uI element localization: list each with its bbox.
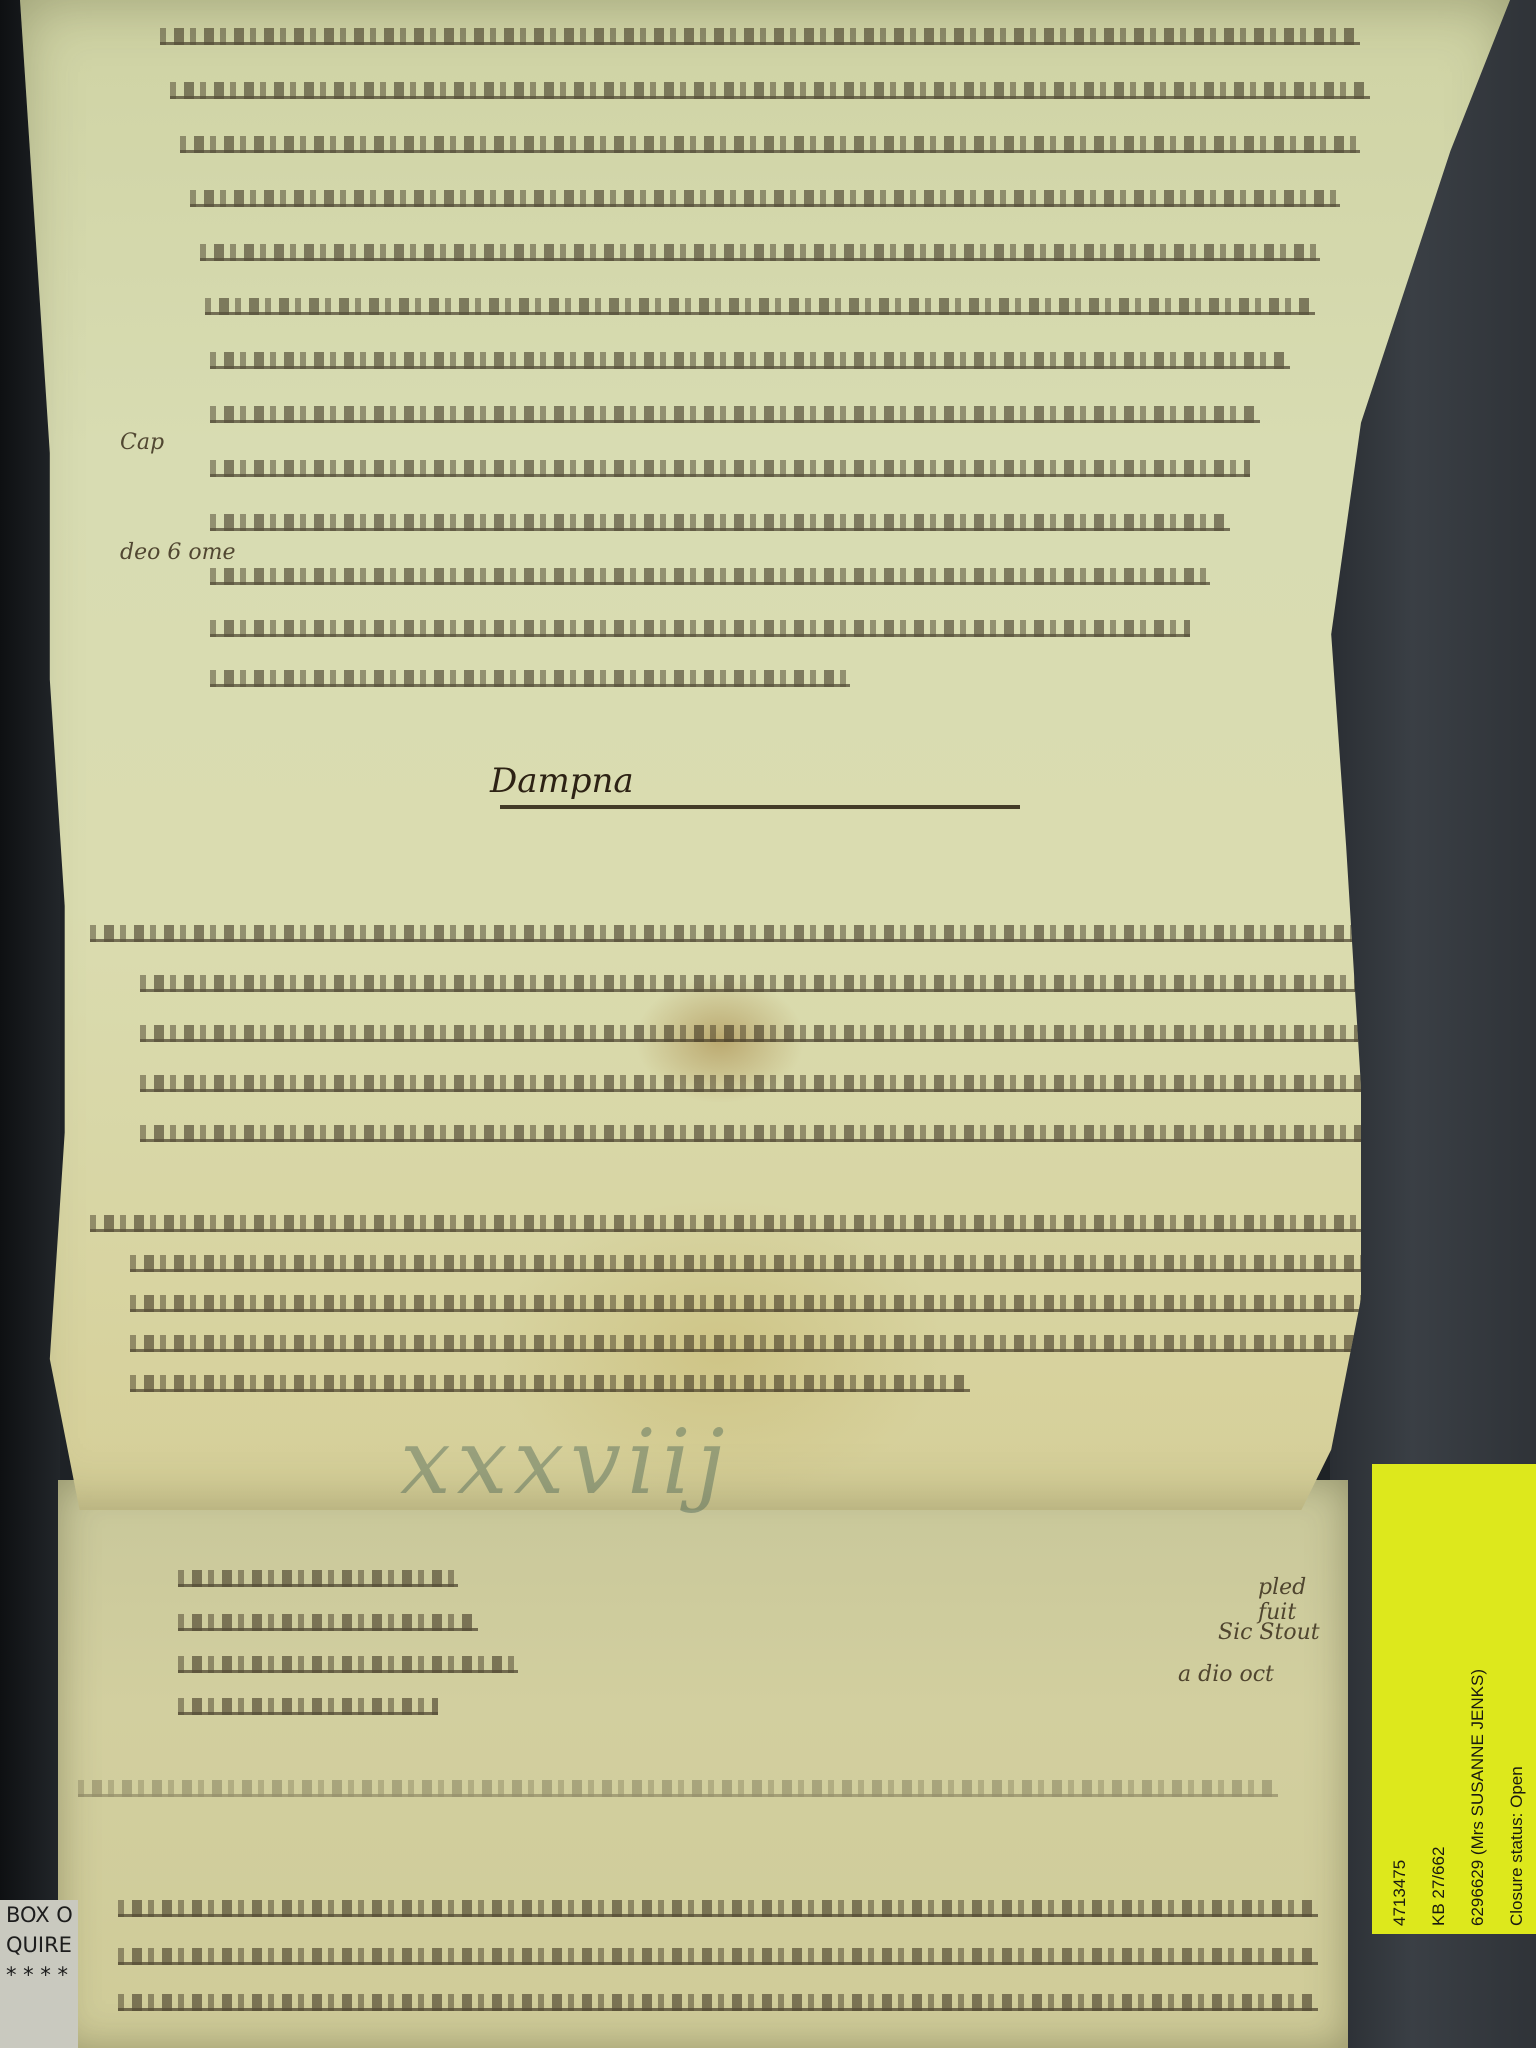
script-line — [210, 514, 1230, 531]
script-line — [118, 1900, 1318, 1917]
script-line — [140, 1125, 1390, 1142]
archival-label: 4713475 KB 27/662 6296629 (Mrs SUSANNE J… — [1372, 1464, 1536, 1934]
margin-note: a dio oct — [1178, 1662, 1274, 1687]
margin-note: deo 6 ome — [120, 540, 235, 565]
box-card: BOX O QUIRE * * * * — [0, 1900, 78, 2048]
faint-endorsement: xxxviij — [400, 1410, 731, 1515]
script-line — [210, 568, 1210, 585]
script-line — [118, 1948, 1318, 1965]
margin-note: Sic Stout — [1218, 1620, 1320, 1645]
script-line — [130, 1335, 1390, 1352]
script-line — [178, 1656, 518, 1673]
label-reader: 6296629 (Mrs SUSANNE JENKS) — [1458, 1486, 1497, 1926]
script-line — [130, 1295, 1390, 1312]
label-closure-status: Closure status: Open — [1497, 1486, 1536, 1926]
script-line — [178, 1570, 458, 1587]
script-line — [178, 1614, 478, 1631]
script-line — [160, 28, 1360, 45]
script-line — [205, 298, 1315, 315]
section-heading: Dampna — [500, 785, 1020, 809]
script-line — [210, 406, 1260, 423]
label-text: 4713475 KB 27/662 6296629 (Mrs SUSANNE J… — [1380, 1486, 1536, 1926]
margin-note: pled fuit — [1258, 1575, 1348, 1625]
label-id: 4713475 — [1380, 1486, 1419, 1926]
script-line — [90, 925, 1390, 942]
heading-left: Dampna — [490, 761, 634, 801]
script-line — [90, 1215, 1390, 1232]
script-line — [210, 460, 1250, 477]
script-line — [140, 1075, 1390, 1092]
script-line — [130, 1375, 970, 1392]
script-line — [200, 244, 1320, 261]
script-line — [140, 975, 1390, 992]
script-line — [170, 82, 1370, 99]
script-line — [210, 620, 1190, 637]
margin-note: Cap — [120, 430, 164, 455]
script-line — [78, 1780, 1278, 1797]
card-line: BOX O — [6, 1900, 78, 1930]
script-line — [190, 190, 1340, 207]
script-line — [178, 1698, 438, 1715]
script-line — [118, 1994, 1318, 2011]
script-line — [210, 670, 850, 687]
script-line — [140, 1025, 1390, 1042]
label-reference: KB 27/662 — [1419, 1486, 1458, 1926]
script-line — [210, 352, 1290, 369]
script-line — [130, 1255, 1390, 1272]
card-line: * * * * — [6, 1960, 78, 1990]
upper-membrane: Cap deo 6 ome — [20, 0, 1510, 1510]
card-line: QUIRE — [6, 1930, 78, 1960]
script-line — [180, 136, 1360, 153]
lower-membrane: pled fuit Sic Stout a dio oct — [58, 1480, 1348, 2048]
